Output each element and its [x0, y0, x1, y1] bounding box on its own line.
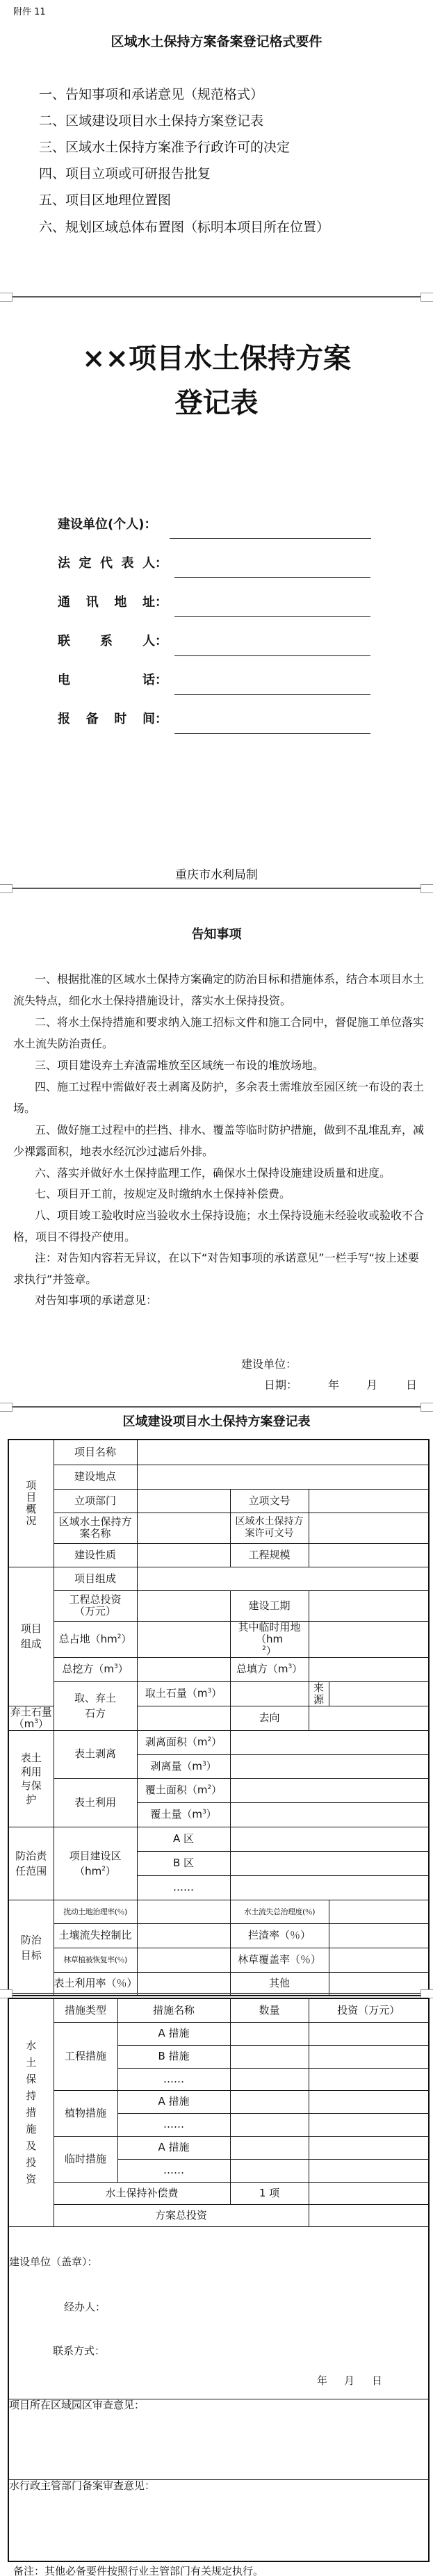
cover-title-line1: ××项目水土保持方案: [0, 336, 433, 376]
label-zone-more: ……: [137, 1875, 230, 1900]
input-investment[interactable]: [309, 2136, 429, 2159]
measure-name: ……: [117, 2159, 230, 2182]
table-row: 防治责任范围 项目建设区（hm2） A 区: [8, 1827, 429, 1851]
label-excavation: 总挖方（m3）: [54, 1657, 137, 1681]
table-row: 林草植被恢复率(％) 林草覆盖率（％）: [8, 1948, 429, 1972]
notice-paragraph: 六、落实并做好水土保持监理工作，确保水土保持设施建设质量和进度。: [13, 1162, 425, 1184]
page-break: [0, 296, 433, 297]
table-row: 项目概况 项目名称: [8, 1440, 429, 1465]
input-strip-volume[interactable]: [230, 1754, 429, 1778]
input-target[interactable]: [329, 1900, 429, 1923]
registration-table-part1: 项目概况 项目名称 建设地点 立项部门 立项文号 区域水土保持方案名称 区域水土…: [8, 1439, 430, 1996]
input-excavation[interactable]: [137, 1657, 230, 1681]
table-row: 工程措施 A 措施: [8, 2022, 429, 2045]
notice-paragraph: 四、施工过程中需做好表土剥离及防护，多余表土需堆放至园区统一布设的表土场。: [13, 1076, 425, 1119]
contact-input-line[interactable]: [174, 655, 370, 656]
group-earth: 取、弃土石方: [54, 1681, 137, 1730]
table-row: 土壤流失控制比 拦渣率（％）: [8, 1923, 429, 1948]
input-qty[interactable]: [230, 2068, 309, 2090]
input-composition[interactable]: [137, 1567, 429, 1590]
input-target[interactable]: [329, 1972, 429, 1996]
commitment-label: 对告知事项的承诺意见：: [13, 1289, 425, 1311]
label-compensation: 水土保持补偿费: [54, 2182, 230, 2204]
list-item: 四、项目立项或可研报告批复: [39, 163, 211, 182]
label-target: 林草覆盖率（％）: [230, 1948, 329, 1972]
input-fill[interactable]: [309, 1657, 429, 1681]
table-row: 工程总投资（万元） 建设工期: [8, 1590, 429, 1621]
label-zone: 项目建设区（hm2）: [54, 1827, 137, 1900]
table-row: 方案总投资: [8, 2204, 429, 2226]
sign-month: 月: [344, 2375, 354, 2387]
label-cover-area: 覆土面积（m2）: [137, 1778, 230, 1802]
label-permit-no: 区域水土保持方案许可文号: [230, 1513, 309, 1543]
field-label-phone: 电话：: [58, 670, 168, 688]
input-cover-area[interactable]: [230, 1778, 429, 1802]
attachment-label: 附件 11: [13, 4, 46, 17]
input-location[interactable]: [137, 1465, 429, 1489]
table-row: 水土保持措施及投资 措施类型 措施名称 数量 投资（万元）: [8, 1998, 429, 2022]
label-strip-volume: 剥离量（m3）: [137, 1754, 230, 1778]
label-plan-name: 区域水土保持方案名称: [54, 1513, 137, 1543]
field-label-legal-rep: 法定代表人：: [58, 553, 168, 571]
label-dept: 立项部门: [54, 1489, 137, 1513]
table-row: 项目所在区域园区审查意见：: [8, 2399, 429, 2479]
label-composition: 项目组成: [54, 1567, 137, 1590]
table-row: 防治目标 扰动土地治理率(％) 水土流失总治理度(％): [8, 1900, 429, 1923]
measure-name: B 措施: [117, 2045, 230, 2068]
input-investment[interactable]: [309, 2113, 429, 2136]
header-investment: 投资（万元）: [309, 1998, 429, 2022]
input-zone-more[interactable]: [230, 1875, 429, 1900]
input-investment[interactable]: [309, 2068, 429, 2090]
table-row: 水行政主管部门备案审查意见：: [8, 2479, 429, 2561]
group-measures: 水土保持措施及投资: [8, 1998, 54, 2226]
label-location: 建设地点: [54, 1465, 137, 1489]
sign-year: 年: [317, 2375, 327, 2387]
sign-month: 月: [366, 1376, 377, 1392]
input-target[interactable]: [137, 1900, 230, 1923]
label-area: 总占地（hm2）: [54, 1621, 137, 1657]
table-row: 临时措施 A 措施: [8, 2136, 429, 2159]
label-borrow: 取土石量（m3）: [137, 1681, 230, 1706]
input-cover-volume[interactable]: [230, 1802, 429, 1827]
measure-name: A 措施: [117, 2136, 230, 2159]
issuer: 重庆市水利局制: [0, 865, 433, 882]
label-total: 方案总投资: [54, 2204, 309, 2226]
notice-paragraph: 八、项目竣工验收时应当验收水土保持设施；水土保持设施未经验收或验收不合格，项目不…: [13, 1205, 425, 1248]
input-qty[interactable]: [230, 2022, 309, 2045]
table-row: 取、弃土石方 取土石量（m3） 来源: [8, 1681, 429, 1706]
input-scale[interactable]: [309, 1543, 429, 1567]
sign-day: 日: [372, 2375, 382, 2387]
table-row: 区域水土保持方案名称 区域水土保持方案许可文号: [8, 1513, 429, 1543]
footnote: 备注：其他必备要件按照行业主管部门有关规定执行。: [13, 2563, 263, 2576]
input-investment[interactable]: [309, 2159, 429, 2182]
label-cover-volume: 覆土量（m3）: [137, 1802, 230, 1827]
input-target[interactable]: [137, 1923, 230, 1948]
label-zone-a: A 区: [137, 1827, 230, 1851]
input-destination[interactable]: [309, 1706, 429, 1730]
field-label-address: 通讯地址：: [58, 592, 168, 610]
input-compensation-investment[interactable]: [309, 2182, 429, 2204]
input-zone-b[interactable]: [230, 1851, 429, 1875]
label-temp-area: 其中临时用地（hm2）: [230, 1621, 309, 1657]
sign-year: 年: [328, 1376, 339, 1392]
input-target[interactable]: [329, 1923, 429, 1948]
table-row: 项目组成 项目组成: [8, 1567, 429, 1590]
label-engineering: 工程措施: [54, 2022, 117, 2090]
builder-input-line[interactable]: [170, 538, 371, 539]
measure-name: A 措施: [117, 2022, 230, 2045]
group-overview: 项目概况: [8, 1440, 54, 1567]
input-borrow[interactable]: [230, 1681, 309, 1706]
label-target: 土壤流失控制比: [54, 1923, 137, 1948]
table-row: 水土保持补偿费 1 项: [8, 2182, 429, 2204]
label-doc-no: 立项文号: [230, 1489, 309, 1513]
table-row: 表土利用率（％） 其他: [8, 1972, 429, 1996]
label-fill: 总填方（m3）: [230, 1657, 309, 1681]
field-label-contact: 联系人：: [58, 631, 168, 649]
notice-title: 告知事项: [0, 924, 433, 943]
label-temporary: 临时措施: [54, 2136, 117, 2182]
table-row: 表土利用 覆土面积（m2）: [8, 1778, 429, 1802]
group-topsoil: 表土利用与保护: [8, 1730, 54, 1827]
registration-table-part2: 水土保持措施及投资 措施类型 措施名称 数量 投资（万元） 工程措施 A 措施 …: [8, 1998, 430, 2562]
input-investment[interactable]: [309, 2090, 429, 2113]
label-target: 拦渣率（％）: [230, 1923, 329, 1948]
input-permit-no[interactable]: [309, 1513, 429, 1543]
sign-contact: 联系方式：: [53, 2345, 105, 2357]
table-row: 立项部门 立项文号: [8, 1489, 429, 1513]
filing-time-input-line[interactable]: [174, 733, 370, 734]
input-investment[interactable]: [309, 2045, 429, 2068]
label-period: 建设工期: [230, 1590, 309, 1621]
sign-date-label: 日期：: [264, 1376, 297, 1392]
measure-name: ……: [117, 2068, 230, 2090]
water-review-label: 水行政主管部门备案审查意见：: [9, 2479, 155, 2492]
input-temp-area[interactable]: [309, 1621, 429, 1657]
notice-paragraph: 七、项目开工前，按规定及时缴纳水土保持补偿费。: [13, 1183, 425, 1205]
table-row: 总占地（hm2） 其中临时用地（hm2）: [8, 1621, 429, 1657]
sign-unit-seal: 建设单位（盖章）：: [9, 2256, 98, 2268]
group-responsibility: 防治责任范围: [8, 1827, 54, 1900]
input-target[interactable]: [137, 1948, 230, 1972]
label-project-name: 项目名称: [54, 1440, 137, 1465]
table-row: 建设地点: [8, 1465, 429, 1489]
input-period[interactable]: [309, 1590, 429, 1621]
page-break: [0, 888, 433, 889]
water-review-cell[interactable]: 水行政主管部门备案审查意见：: [8, 2479, 429, 2561]
notice-paragraph: 三、项目建设弃土弃渣需堆放至区域统一布设的堆放场地。: [13, 1054, 425, 1076]
input-plan-name[interactable]: [137, 1513, 230, 1543]
list-item: 三、区域水土保持方案准予行政许可的决定: [39, 137, 290, 156]
table-row: 总挖方（m3） 总填方（m3）: [8, 1657, 429, 1681]
list-item: 五、项目区地理位置图: [39, 190, 171, 209]
header-name: 措施名称: [117, 1998, 230, 2022]
input-area[interactable]: [137, 1621, 230, 1657]
label-target: 扰动土地治理率(％): [54, 1900, 137, 1923]
page-break: [0, 1993, 433, 1994]
notice-paragraph: 五、做好施工过程中的拦挡、排水、覆盖等临时防护措施，做到不乱堆乱弃，减少裸露面积…: [13, 1119, 425, 1162]
label-target: 表土利用率（％）: [54, 1972, 137, 1996]
label-target: 其他: [230, 1972, 329, 1996]
notice-paragraph: 二、将水土保持措施和要求纳入施工招标文件和施工合同中，督促施工单位落实水土流失防…: [13, 1011, 425, 1054]
input-zone-a[interactable]: [230, 1827, 429, 1851]
field-label-builder: 建设单位(个人)：: [58, 514, 168, 532]
label-nature: 建设性质: [54, 1543, 137, 1567]
label-target: 水土流失总治理度(％): [230, 1900, 329, 1923]
input-target[interactable]: [137, 1972, 230, 1996]
page1-title: 区域水土保持方案备案登记格式要件: [0, 31, 433, 50]
input-qty[interactable]: [230, 2136, 309, 2159]
compensation-qty: 1 项: [230, 2182, 309, 2204]
sign-block[interactable]: 建设单位（盖章）： 经办人： 联系方式： 年 月 日: [8, 2226, 429, 2399]
label-target: 林草植被恢复率(％): [54, 1948, 137, 1972]
group-composition: 项目组成: [8, 1567, 54, 1706]
address-input-line[interactable]: [174, 616, 370, 617]
measure-name: A 措施: [117, 2090, 230, 2113]
label-vegetation: 植物措施: [54, 2090, 117, 2136]
input-strip-area[interactable]: [230, 1730, 429, 1754]
notice-note: 注：对告知内容若无异议，在以下“对告知事项的承诺意见”一栏手写“按上述要求执行”…: [13, 1247, 425, 1290]
label-investment: 工程总投资（万元）: [54, 1590, 137, 1621]
label-scale: 工程规模: [230, 1543, 309, 1567]
list-item: 一、告知事项和承诺意见（规范格式）: [39, 84, 263, 103]
list-item: 二、区域建设项目水土保持方案登记表: [39, 111, 263, 129]
cover-title-line2: 登记表: [0, 381, 433, 421]
table-row: 植物措施 A 措施: [8, 2090, 429, 2113]
header-qty: 数量: [230, 1998, 309, 2022]
input-investment[interactable]: [309, 2022, 429, 2045]
input-qty[interactable]: [230, 2113, 309, 2136]
label-zone-b: B 区: [137, 1851, 230, 1875]
input-doc-no[interactable]: [309, 1489, 429, 1513]
label-source: 来源: [309, 1681, 329, 1706]
input-qty[interactable]: [230, 2090, 309, 2113]
legal-rep-input-line[interactable]: [174, 577, 370, 578]
label-strip: 表土剥离: [54, 1730, 137, 1778]
label-use: 表土利用: [54, 1778, 137, 1827]
label-spoil: 弃土石量（m3）: [8, 1706, 54, 1730]
notice-paragraph: 一、根据批准的区域水土保持方案确定的防治目标和措施体系，结合本项目水土流失特点，…: [13, 968, 425, 1011]
input-target[interactable]: [329, 1948, 429, 1972]
input-qty[interactable]: [230, 2159, 309, 2182]
input-qty[interactable]: [230, 2045, 309, 2068]
page-break: [0, 1406, 433, 1408]
sign-day: 日: [406, 1376, 417, 1392]
table-title: 区域建设项目水土保持方案登记表: [0, 1412, 433, 1430]
input-nature[interactable]: [137, 1543, 230, 1567]
header-type: 措施类型: [54, 1998, 117, 2022]
label-strip-area: 剥离面积（m2）: [137, 1730, 230, 1754]
sign-handler: 经办人：: [64, 2301, 106, 2313]
park-review-cell[interactable]: 项目所在区域园区审查意见：: [8, 2399, 429, 2479]
sign-unit-label: 建设单位：: [241, 1355, 297, 1371]
table-row: 建设性质 工程规模: [8, 1543, 429, 1567]
input-dept[interactable]: [137, 1489, 230, 1513]
park-review-label: 项目所在区域园区审查意见：: [9, 2399, 145, 2411]
table-row: 建设单位（盖章）： 经办人： 联系方式： 年 月 日: [8, 2226, 429, 2399]
label-destination: 去向: [230, 1706, 309, 1730]
field-label-filing-time: 报备时间：: [58, 709, 168, 727]
list-item: 六、规划区域总体布置图（标明本项目所在位置）: [39, 217, 329, 236]
group-targets: 防治目标: [8, 1900, 54, 1996]
phone-input-line[interactable]: [174, 694, 370, 695]
table-row: 表土利用与保护 表土剥离 剥离面积（m2）: [8, 1730, 429, 1754]
input-spoil[interactable]: [137, 1706, 230, 1730]
measure-name: ……: [117, 2113, 230, 2136]
input-investment[interactable]: [137, 1590, 230, 1621]
input-total[interactable]: [309, 2204, 429, 2226]
input-source[interactable]: [329, 1681, 429, 1706]
input-project-name[interactable]: [137, 1440, 429, 1465]
